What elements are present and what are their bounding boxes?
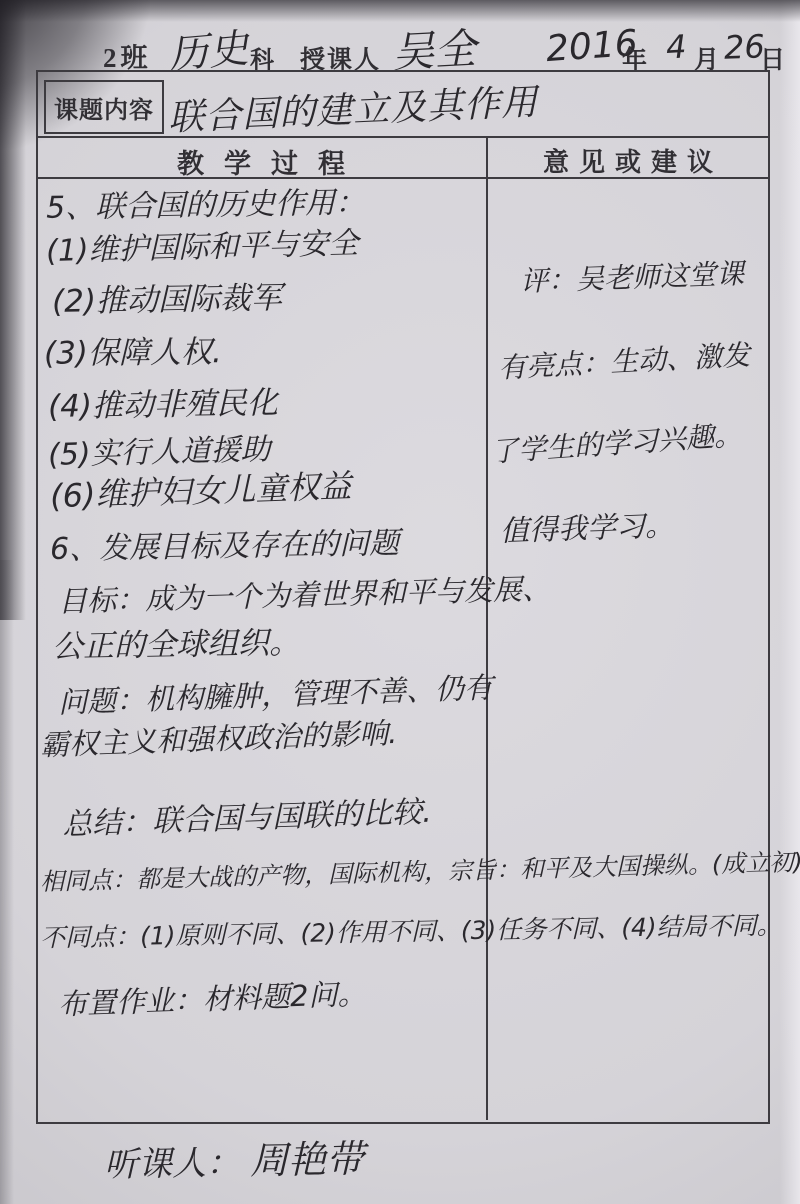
- topic-label: 课题内容: [54, 90, 154, 125]
- comment-line-1: 评：吴老师这堂课: [519, 252, 744, 300]
- process-line-5: (4)推动非殖民化: [48, 377, 279, 426]
- observer-label: 听课人：: [104, 1143, 241, 1185]
- column-divider-line: [486, 136, 488, 1120]
- comment-line-4: 值得我学习。: [499, 503, 674, 550]
- process-line-4: (3)保障人权.: [44, 326, 222, 373]
- process-line-3: (2)推动国际裁军: [52, 272, 283, 321]
- process-line-8: 6、发展目标及存在的问题: [50, 518, 400, 568]
- observer-name: 周艳带: [250, 1137, 365, 1183]
- process-column-header: 教学过程: [36, 142, 486, 181]
- photographed-paper: 2班 历史 科 授课人 吴全 2016 年 4 月 26 日 课题内容 联合国的…: [0, 0, 800, 1204]
- observer-signature: 听课人：周艳带: [104, 1128, 365, 1188]
- row-divider-line: [36, 136, 768, 138]
- topic-label-cell: 课题内容: [44, 80, 164, 134]
- comments-column-header: 意见或建议: [488, 142, 768, 179]
- date-month: 4: [665, 27, 687, 66]
- paper-right-edge: [780, 0, 800, 1204]
- process-line-2: (1)维护国际和平与安全: [45, 218, 359, 270]
- photo-left-shadow-lower: [0, 560, 14, 1204]
- process-line-10: 公正的全球组织。: [52, 617, 301, 666]
